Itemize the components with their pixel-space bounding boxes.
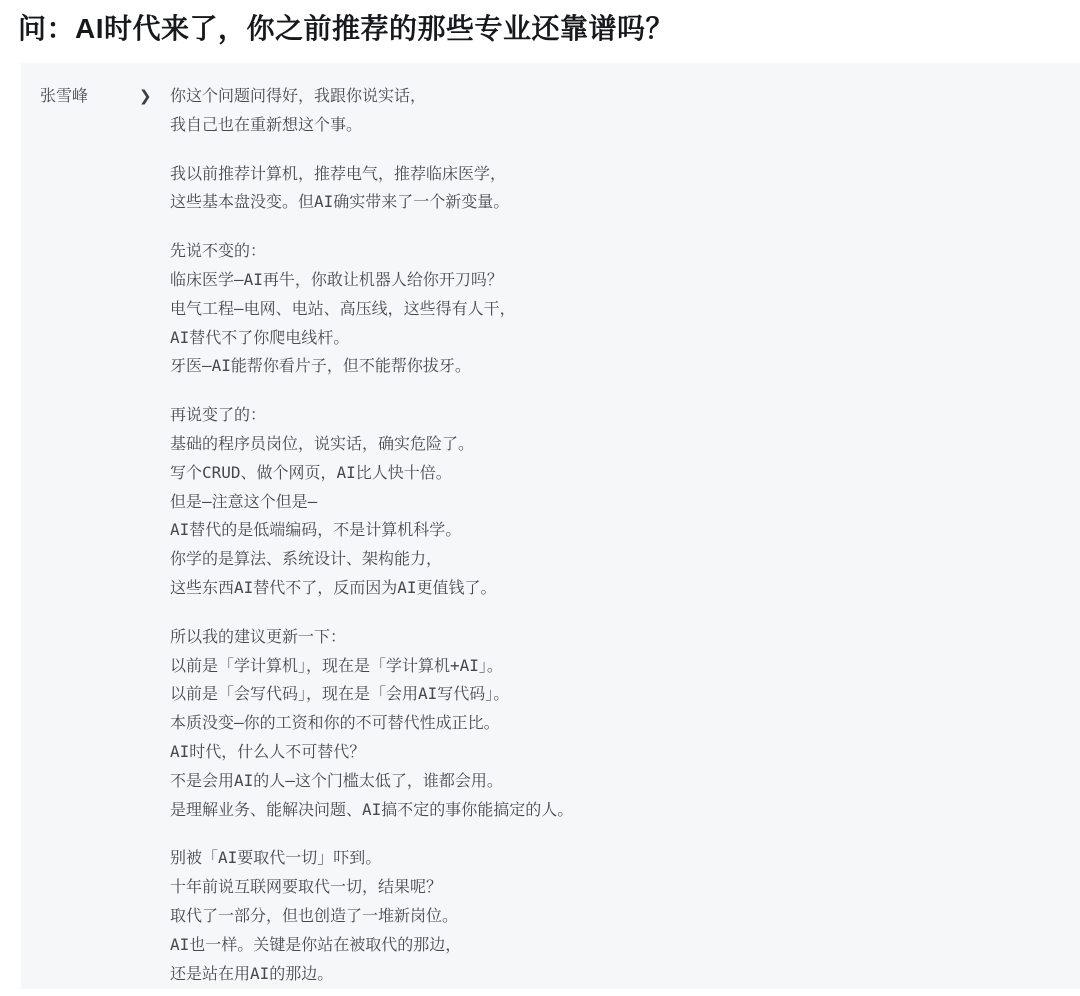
dialogue-text: 你这个问题问得好，我跟你说实话， 我自己也在重新想这个事。 我以前推荐计算机，推… [170,82,1056,988]
page: 问：AI时代来了，你之前推荐的那些专业还靠谱吗？ 张雪峰 ❯ 你这个问题问得好，… [0,0,1080,996]
paragraph: 别被「AI要取代一切」吓到。 十年前说互联网要取代一切，结果呢？ 取代了一部分，… [170,844,1056,988]
chevron-right-icon: ❯ [139,82,152,111]
paragraph: 所以我的建议更新一下： 以前是「学计算机」，现在是「学计算机+AI」。 以前是「… [170,623,1056,825]
speaker-name: 张雪峰 [40,82,88,111]
paragraph: 先说不变的： 临床医学—AI再牛，你敢让机器人给你开刀吗？ 电气工程—电网、电站… [170,237,1056,381]
paragraph: 我以前推荐计算机，推荐电气，推荐临床医学， 这些基本盘没变。但AI确实带来了一个… [170,160,1056,218]
dialog-box: 张雪峰 ❯ 你这个问题问得好，我跟你说实话， 我自己也在重新想这个事。 我以前推… [21,63,1080,989]
page-title: 问：AI时代来了，你之前推荐的那些专业还靠谱吗？ [18,8,674,50]
paragraph: 再说变了的： 基础的程序员岗位，说实话，确实危险了。 写个CRUD、做个网页，A… [170,401,1056,603]
paragraph: 你这个问题问得好，我跟你说实话， 我自己也在重新想这个事。 [170,82,1056,140]
